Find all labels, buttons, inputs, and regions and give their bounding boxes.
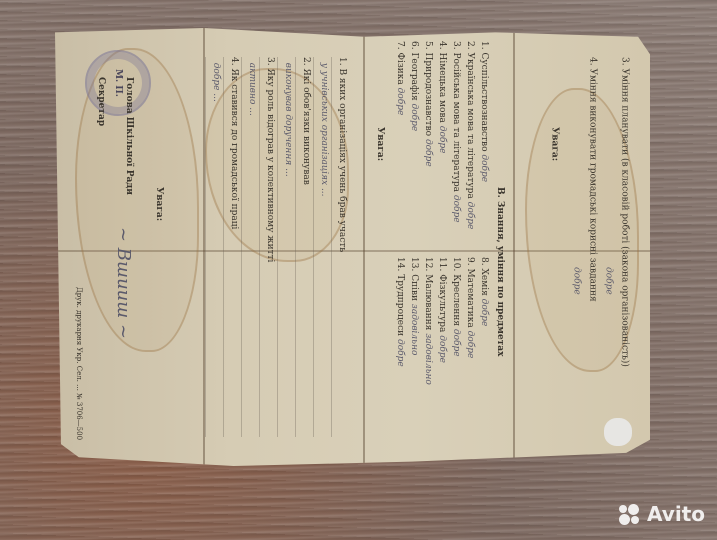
handwritten-answer: активно ...: [241, 57, 259, 437]
subject-row: 12. Малювання задовільно: [421, 257, 435, 457]
secretary-label: Секретар: [94, 77, 108, 126]
subjects-column-right: 8. Хемія добре 9. Математика добре 10. К…: [393, 257, 491, 457]
handwritten-answer: виконував доручення ...: [277, 57, 295, 437]
remarks-label: Увага:: [152, 187, 166, 221]
signature: ~ Вшииш ~: [113, 227, 134, 339]
subject-row: 11. Фізкультура добре: [435, 257, 449, 457]
subjects-column-left: 1. Суспільствознавство добре 2. Українсь…: [393, 41, 491, 241]
question-item: 1. В яких організаціях учень брав участь: [331, 57, 349, 437]
subject-row: 7. Фізика добре: [393, 41, 407, 241]
paper-tear: [604, 418, 632, 446]
question-item: 4. Як ставився до громадської праці: [223, 57, 241, 437]
subject-row: 13. Співи задовільно: [407, 257, 421, 457]
subject-row: 1. Суспільствознавство добре: [477, 41, 491, 241]
questions-panel: 1. В яких організаціях учень брав участь…: [205, 28, 363, 466]
document-sheet: М. П. Увага: Голова Шкільної Ради Секрет…: [55, 28, 650, 466]
skill-item: 4. Уміння виконувати громадські корисні …: [585, 57, 599, 302]
skills-panel: 3. Уміння планувати (в класовій роботі (…: [515, 28, 650, 466]
subject-row: 4. Німецька мова добре: [435, 41, 449, 241]
section-title: В. Знання, уміння по предметах: [493, 187, 507, 356]
question-item: 2. Які обов'язки виконував: [295, 57, 313, 437]
head-label: Голова Шкільної Ради: [122, 77, 136, 195]
subject-row: 9. Математика добре: [463, 257, 477, 457]
avito-logo-icon: [619, 504, 643, 524]
remarks-label: Увага:: [373, 127, 387, 161]
print-note: Друк. друкарня Укр. Сел. ... № 3706—500: [72, 287, 86, 440]
subject-row: 10. Креслення добре: [449, 257, 463, 457]
skill-item: 3. Уміння планувати (в класовій роботі (…: [617, 57, 631, 367]
handwritten-answer: добре: [569, 267, 583, 295]
subject-row: 14. Трудпроцеси добре: [393, 257, 407, 457]
subject-row: 3. Російська мова та література добре: [449, 41, 463, 241]
avito-watermark: Avito: [619, 502, 705, 526]
subject-row: 5. Природознавство добре: [421, 41, 435, 241]
handwritten-answer: добре ...: [205, 57, 223, 437]
subject-row: 8. Хемія добре: [477, 257, 491, 457]
signatures-panel: Увага: Голова Шкільної Ради Секретар Дру…: [55, 28, 203, 466]
handwritten-answer: у учнівських організаціях ...: [313, 57, 331, 437]
subjects-panel: В. Знання, уміння по предметах 1. Суспіл…: [365, 28, 513, 466]
question-item: 3. Яку роль відограв у колективному житт…: [259, 57, 277, 437]
avito-label: Avito: [647, 502, 705, 526]
subject-row: 6. Географія добре: [407, 41, 421, 241]
remarks-label: Увага:: [547, 127, 561, 161]
handwritten-answer: добре: [601, 267, 615, 295]
subject-row: 2. Українська мова та література добре: [463, 41, 477, 241]
